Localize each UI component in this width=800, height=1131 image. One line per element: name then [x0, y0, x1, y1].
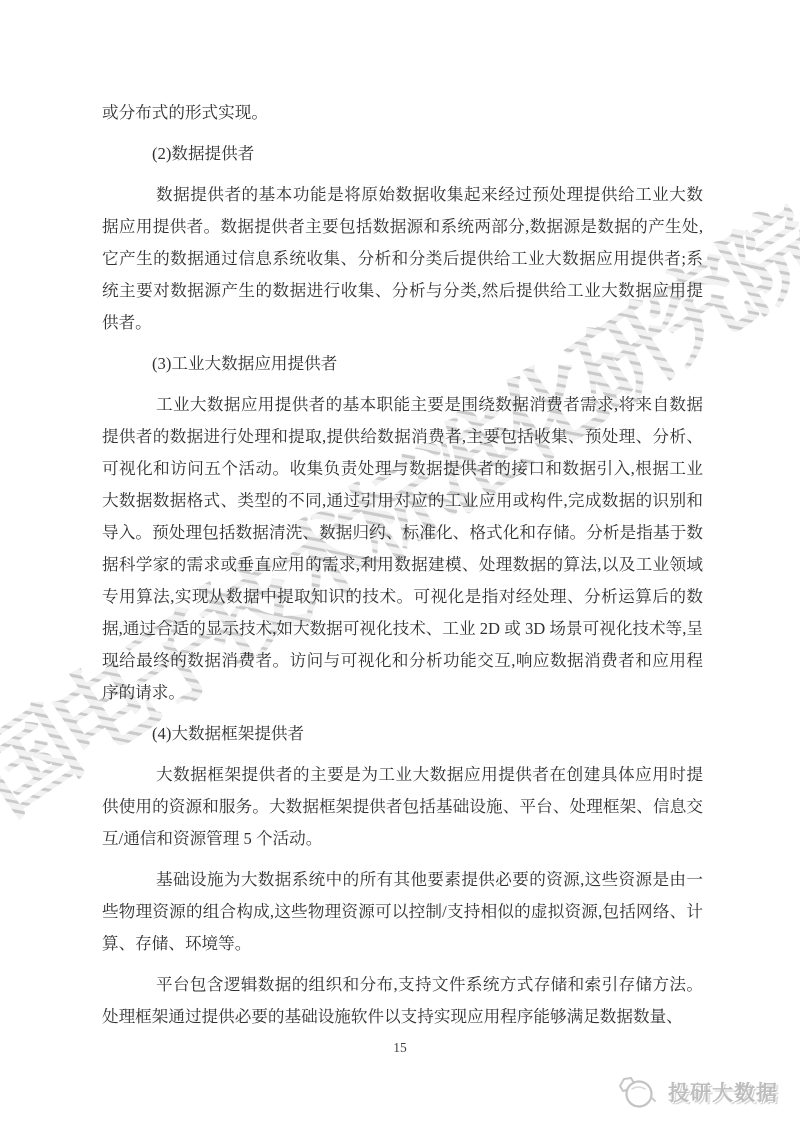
section-heading: (4)大数据框架提供者 [102, 718, 703, 750]
section-heading: (3)工业大数据应用提供者 [102, 348, 703, 380]
section-heading: (2)数据提供者 [102, 138, 703, 170]
document-page: 中国电子技术标准化研究院 或分布式的形式实现。(2)数据提供者数据提供者的基本功… [0, 0, 800, 1131]
page-number: 15 [0, 1040, 800, 1056]
paragraph: 基础设施为大数据系统中的所有其他要素提供必要的资源,这些资源是由一些物理资源的组… [102, 864, 703, 960]
paragraph: 工业大数据应用提供者的基本职能主要是围绕数据消费者需求,将来自数据提供者的数据进… [102, 389, 703, 709]
paragraph: 数据提供者的基本功能是将原始数据收集起来经过预处理提供给工业大数据应用提供者。数… [102, 179, 703, 339]
source-badge-label: 投研大数据 [668, 1077, 778, 1107]
camera-doodle-icon [612, 1072, 660, 1112]
source-badge: 投研大数据 [612, 1072, 778, 1112]
paragraph: 或分布式的形式实现。 [102, 97, 703, 129]
paragraph: 平台包含逻辑数据的组织和分布,支持文件系统方式存储和索引存储方法。处理框架通过提… [102, 969, 703, 1033]
paragraph: 大数据框架提供者的主要是为工业大数据应用提供者在创建具体应用时提供使用的资源和服… [102, 759, 703, 855]
text-column: 或分布式的形式实现。(2)数据提供者数据提供者的基本功能是将原始数据收集起来经过… [102, 88, 703, 1042]
